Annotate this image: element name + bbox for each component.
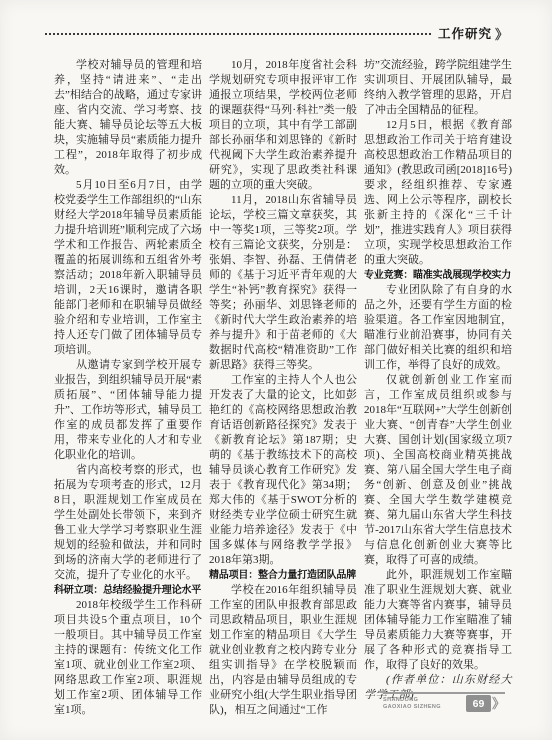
journal-name-line1: SHANDONG — [383, 697, 466, 704]
page-footer: SHANDONG GAOXIAO SIZHENG 69 》 — [383, 692, 505, 712]
paragraph: 5月10日至6月7日，由学校党委学生工作部组织的“山东财经大学2018年辅导员素… — [54, 178, 202, 358]
page-number-badge: 69 — [466, 695, 491, 712]
paragraph: 坊”交流经验，跨学院组建学生实训项目、开展团队辅导，最终纳入教学管理的思路，开启… — [364, 58, 512, 118]
paragraph: 11月，2018山东省辅导员论坛，学校三篇文章获奖，其中一等奖1项，三等奖2项。… — [209, 193, 357, 373]
paragraph: 此外，职涯规划工作室瞄准了职业生涯规划大赛、就业能力大赛等省内赛事，辅导员团体辅… — [364, 568, 512, 673]
paragraph: 工作室的主持人个人也公开发表了大量的论文，比如彭艳红的《高校网络思想政治教育话语… — [209, 373, 357, 568]
paragraph: 专业团队除了有自身的水品之外，还要有学生方面的检验渠道。各工作室因地制宜，瞄准行… — [364, 283, 512, 373]
subheading-research-projects: 科研立项：总结经验提升理论水平 — [54, 583, 202, 598]
paragraph: 10月，2018年度省社会科学规划研究专项申报评审工作通报立项结果，学校两位老师… — [209, 58, 357, 193]
subheading-premium-projects: 精品项目：整合力量打造团队品牌 — [209, 568, 357, 583]
header-dotted-rule — [45, 33, 431, 35]
paragraph: 12月5日，根据《教育部思想政治工作司关于培育建设高校思想政治工作精品项目的通知… — [364, 118, 512, 268]
journal-name-line2: GAOXIAO SIZHENG — [383, 704, 466, 711]
article-body: 学校对辅导员的管理和培养，坚持“请进来”、“走出去”相结合的战略，通过专家讲座、… — [54, 58, 512, 718]
paragraph: 学校对辅导员的管理和培养，坚持“请进来”、“走出去”相结合的战略，通过专家讲座、… — [54, 58, 202, 178]
column-1: 学校对辅导员的管理和培养，坚持“请进来”、“走出去”相结合的战略，通过专家讲座、… — [54, 58, 202, 718]
page-header: 工作研究 》 — [45, 26, 508, 40]
footer-row: SHANDONG GAOXIAO SIZHENG 69 》 — [383, 695, 505, 712]
paragraph: 学校在2016年组织辅导员工作室的团队申报教育部思政司思政精品项目，职业生涯规划… — [209, 583, 357, 718]
subheading-competitions: 专业竞赛：瞄准实战展现学校实力 — [364, 268, 512, 283]
paragraph: 从邀请专家到学校开展专业报告，到组织辅导员开展“素质拓展”、“团体辅导能力提升”… — [54, 358, 202, 463]
paragraph: 2018年校级学生工作科研项目共设5个重点项目，10个一般项目。其中辅导员工作室… — [54, 598, 202, 718]
chevron-right-icon: 》 — [495, 24, 508, 43]
journal-name: SHANDONG GAOXIAO SIZHENG — [383, 695, 466, 711]
column-2: 10月，2018年度省社会科学规划研究专项申报评审工作通报立项结果，学校两位老师… — [209, 58, 357, 718]
paragraph: 省内高校考察的形式，也拓展为专项考查的形式，12月8日，职涯规划工作室成员在学生… — [54, 463, 202, 583]
chevron-right-icon: 》 — [492, 695, 505, 712]
column-3: 坊”交流经验，跨学院组建学生实训项目、开展团队辅导，最终纳入教学管理的思路，开启… — [364, 58, 512, 718]
paragraph: 仅就创新创业工作室而言，工作室成员组织或参与2018年“互联网+”大学生创新创业… — [364, 373, 512, 568]
section-title: 工作研究 — [438, 24, 492, 42]
document-page: 工作研究 》 学校对辅导员的管理和培养，坚持“请进来”、“走出去”相结合的战略，… — [0, 0, 552, 740]
